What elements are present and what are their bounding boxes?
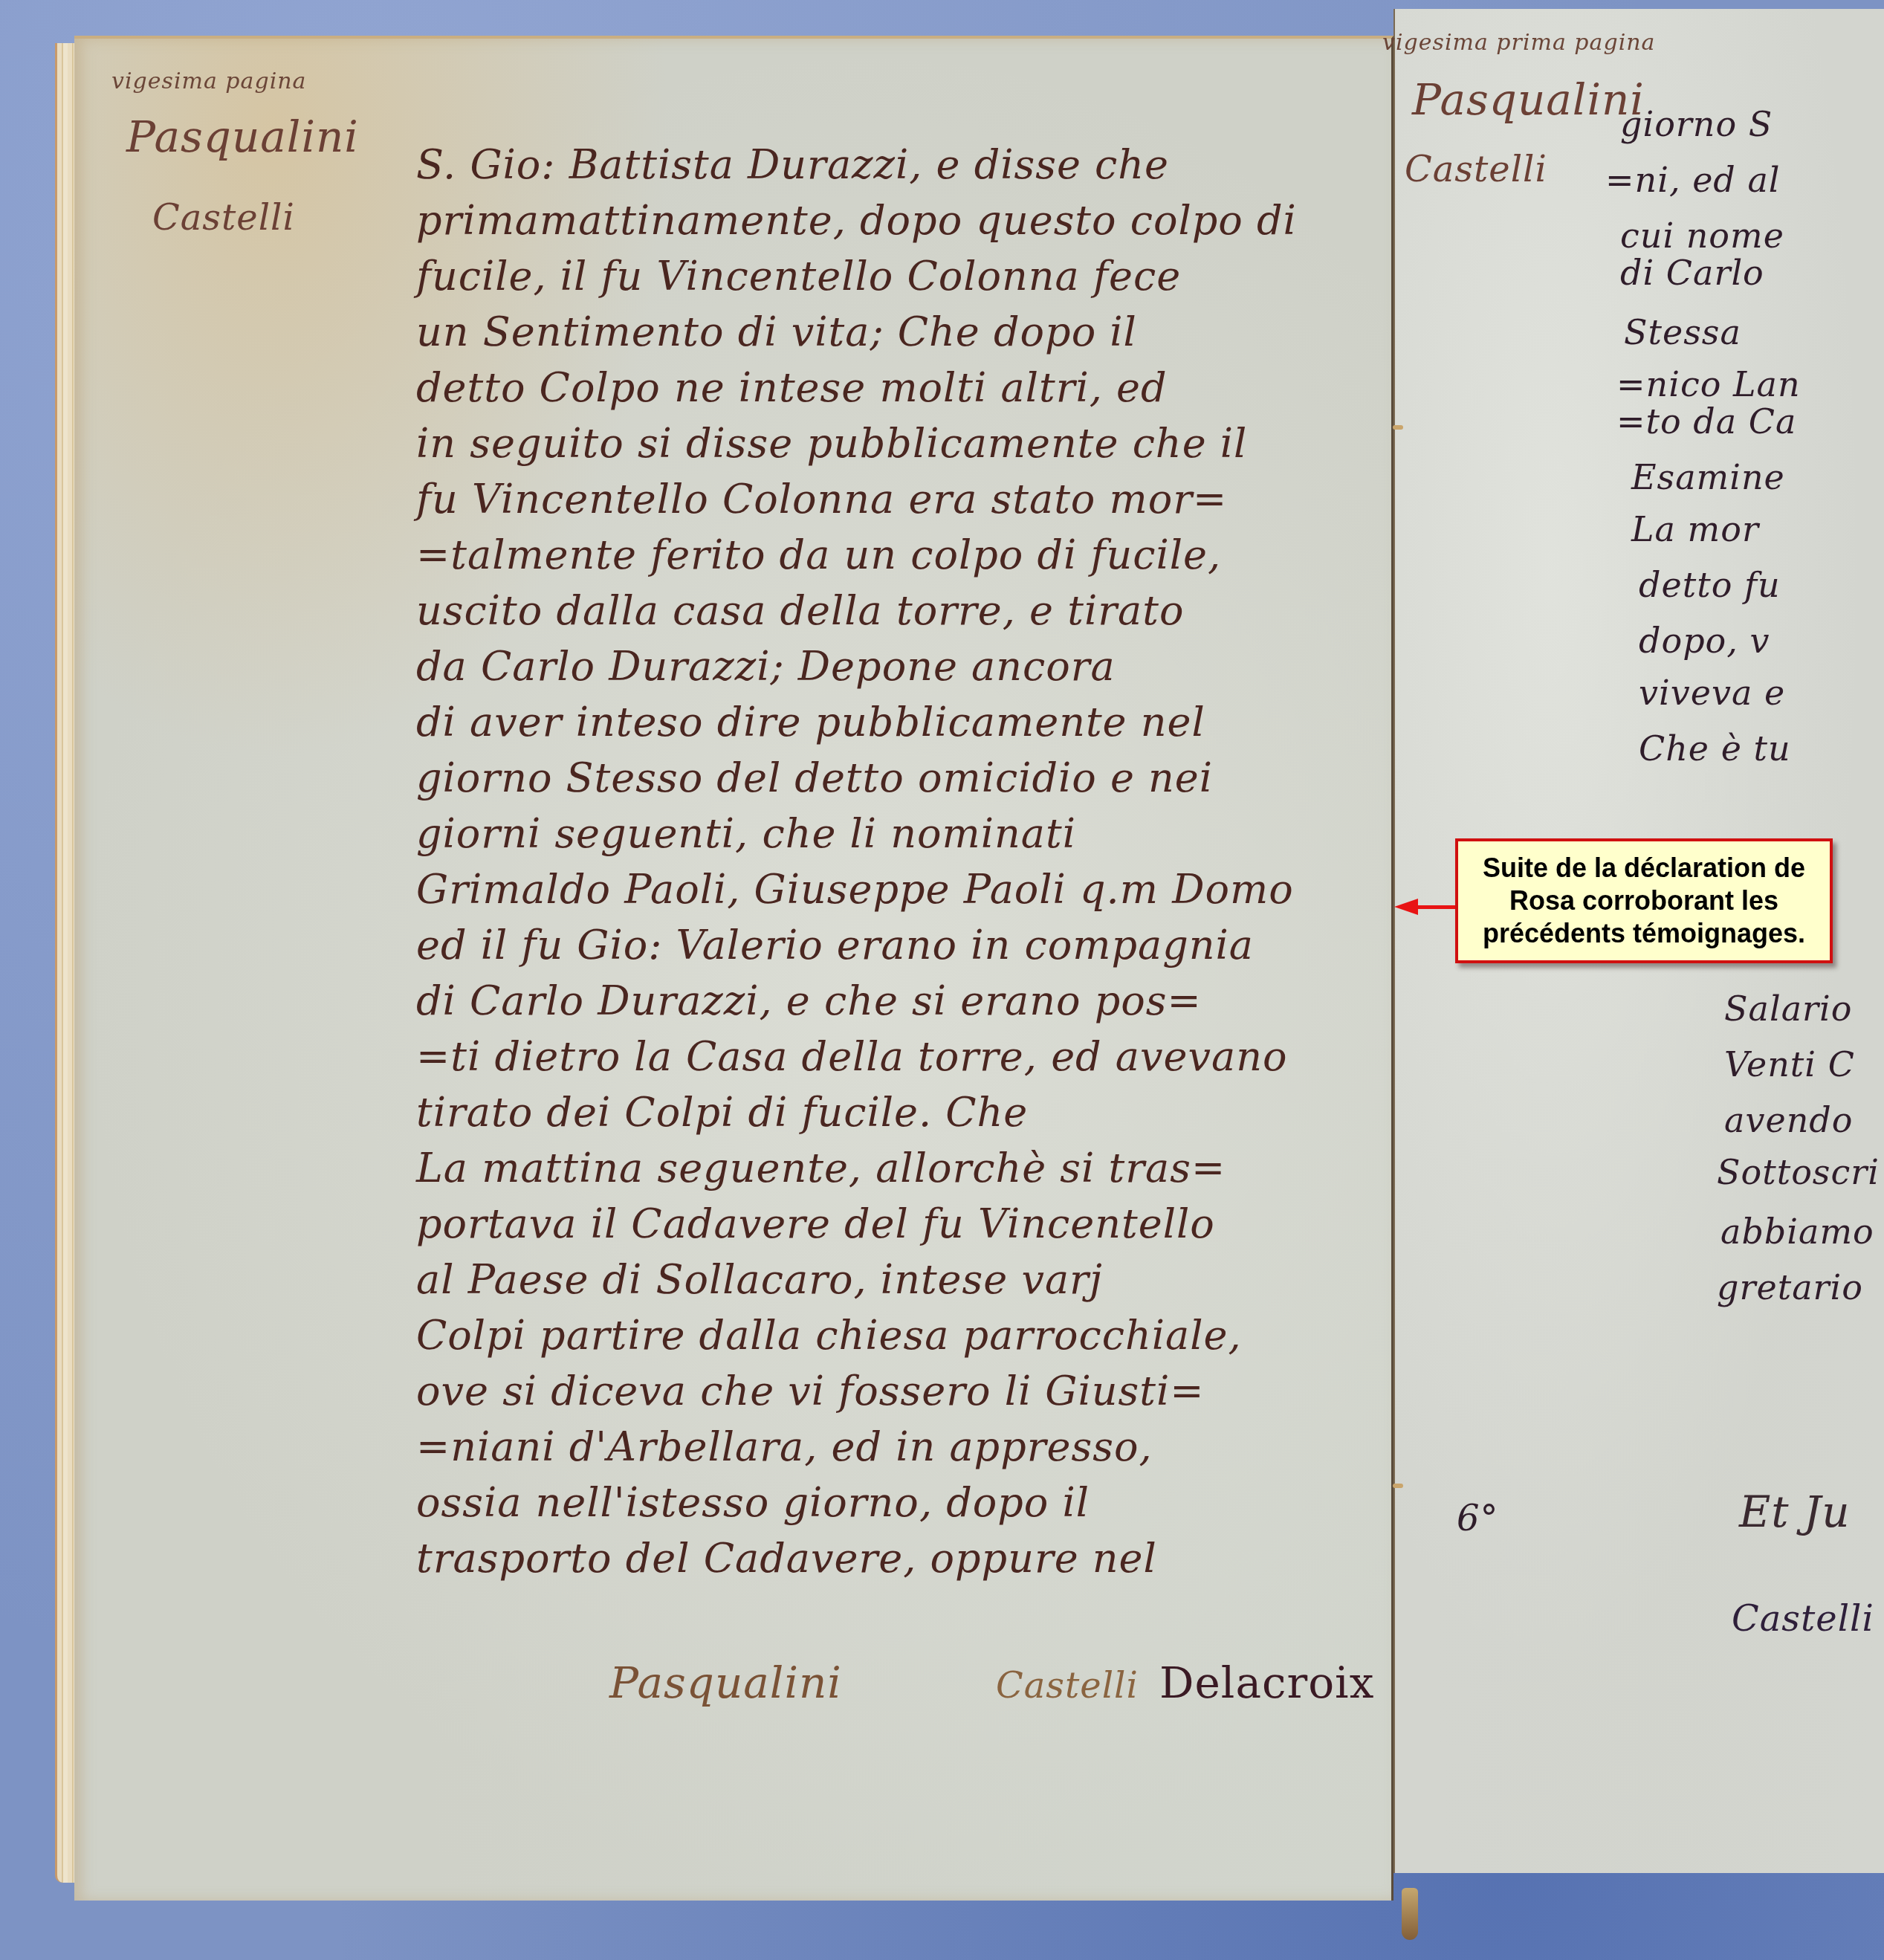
manuscript-line: Stessa — [1624, 312, 1741, 352]
manuscript-line: in seguito si disse pubblicamente che il — [416, 420, 1247, 467]
manuscript-line: giorni seguenti, che li nominati — [416, 810, 1076, 857]
left-margin-signature-2: Castelli — [152, 197, 295, 239]
manuscript-line: Esamine — [1631, 457, 1785, 497]
manuscript-line: viveva e — [1639, 673, 1785, 713]
manuscript-line: trasporto del Cadavere, oppure nel — [416, 1535, 1157, 1582]
bottom-signature-castelli: Castelli — [996, 1665, 1139, 1707]
manuscript-line: La mattina seguente, allorchè si tras= — [416, 1145, 1226, 1191]
manuscript-line: =ni, ed al — [1605, 160, 1781, 200]
manuscript-line: =talmente ferito da un colpo di fucile, — [416, 531, 1221, 578]
manuscript-line: detto fu — [1639, 565, 1781, 605]
manuscript-line: =nico Lan — [1616, 364, 1801, 404]
manuscript-line: uscito dalla casa della torre, e tirato — [416, 587, 1184, 634]
manuscript-line: La mor — [1631, 509, 1759, 549]
manuscript-line: al Paese di Sollacaro, intese varj — [416, 1256, 1103, 1303]
manuscript-line: portava il Cadavere del fu Vincentello — [416, 1200, 1215, 1247]
manuscript-line: fucile, il fu Vincentello Colonna fece — [416, 253, 1181, 300]
callout-line-1: Suite de la déclaration de — [1483, 852, 1805, 884]
manuscript-line: ossia nell'istesso giorno, dopo il — [416, 1479, 1090, 1526]
manuscript-line: primamattinamente, dopo questo colpo di — [416, 197, 1297, 244]
manuscript-line: S. Gio: Battista Durazzi, e disse che — [416, 141, 1169, 188]
manuscript-line: ed il fu Gio: Valerio erano in compagnia — [416, 922, 1254, 968]
arrow-left-icon — [1394, 899, 1418, 915]
right-margin-note: vigesima prima pagina — [1382, 30, 1655, 56]
binding-stitch — [1393, 1484, 1403, 1488]
manuscript-line: un Sentimento di vita; Che dopo il — [416, 308, 1137, 355]
manuscript-line: =niani d'Arbellara, ed in appresso, — [416, 1423, 1153, 1470]
manuscript-line: Colpi partire dalla chiesa parrocchiale, — [416, 1312, 1242, 1359]
right-margin-signature-1: Pasqualini — [1412, 74, 1645, 125]
item-number: 6° — [1457, 1498, 1499, 1539]
manuscript-line: abbiamo — [1720, 1212, 1874, 1252]
binding-stitch — [1393, 425, 1403, 430]
bottom-signature-delacroix: Delacroix — [1159, 1657, 1374, 1708]
manuscript-line: =ti dietro la Casa della torre, ed aveva… — [416, 1033, 1287, 1080]
left-margin-signature-1: Pasqualini — [126, 111, 359, 162]
callout-line-2: Rosa corroborant les — [1509, 884, 1778, 917]
binding-thread — [1402, 1888, 1418, 1940]
manuscript-line: Venti C — [1724, 1044, 1855, 1084]
annotation-callout: Suite de la déclaration de Rosa corrobor… — [1455, 838, 1833, 963]
manuscript-line: Che è tu — [1639, 728, 1791, 769]
callout-line-3: précédents témoignages. — [1483, 917, 1805, 950]
manuscript-line: di Carlo — [1620, 253, 1764, 293]
right-margin-signature-2: Castelli — [1405, 149, 1547, 190]
manuscript-line: tirato dei Colpi di fucile. Che — [416, 1089, 1028, 1136]
manuscript-line: Salario — [1724, 989, 1852, 1029]
manuscript-line: avendo — [1724, 1100, 1853, 1140]
manuscript-line: dopo, v — [1639, 621, 1770, 661]
left-margin-note: vigesima pagina — [111, 68, 306, 94]
bottom-signature-pasqualini: Pasqualini — [609, 1657, 842, 1708]
manuscript-line: Sottoscri — [1717, 1152, 1880, 1192]
manuscript-line: ove si diceva che vi fossero li Giusti= — [416, 1368, 1204, 1414]
manuscript-line: fu Vincentello Colonna era stato mor= — [416, 476, 1227, 523]
right-bottom-signature: Castelli — [1732, 1598, 1874, 1640]
closing-phrase: Et Ju — [1739, 1487, 1851, 1537]
manuscript-line: detto Colpo ne intese molti altri, ed — [416, 364, 1168, 411]
manuscript-line: =to da Ca — [1616, 401, 1796, 442]
callout-arrow-line — [1416, 905, 1456, 909]
manuscript-line: di Carlo Durazzi, e che si erano pos= — [416, 977, 1202, 1024]
manuscript-line: gretario — [1717, 1267, 1863, 1307]
manuscript-line: da Carlo Durazzi; Depone ancora — [416, 643, 1116, 690]
manuscript-line: giorno S — [1620, 104, 1773, 144]
manuscript-line: cui nome — [1620, 216, 1784, 256]
manuscript-line: di aver inteso dire pubblicamente nel — [416, 699, 1205, 745]
manuscript-line: giorno Stesso del detto omicidio e nei — [416, 754, 1213, 801]
manuscript-line: Grimaldo Paoli, Giuseppe Paoli q.m Domo — [416, 866, 1294, 913]
